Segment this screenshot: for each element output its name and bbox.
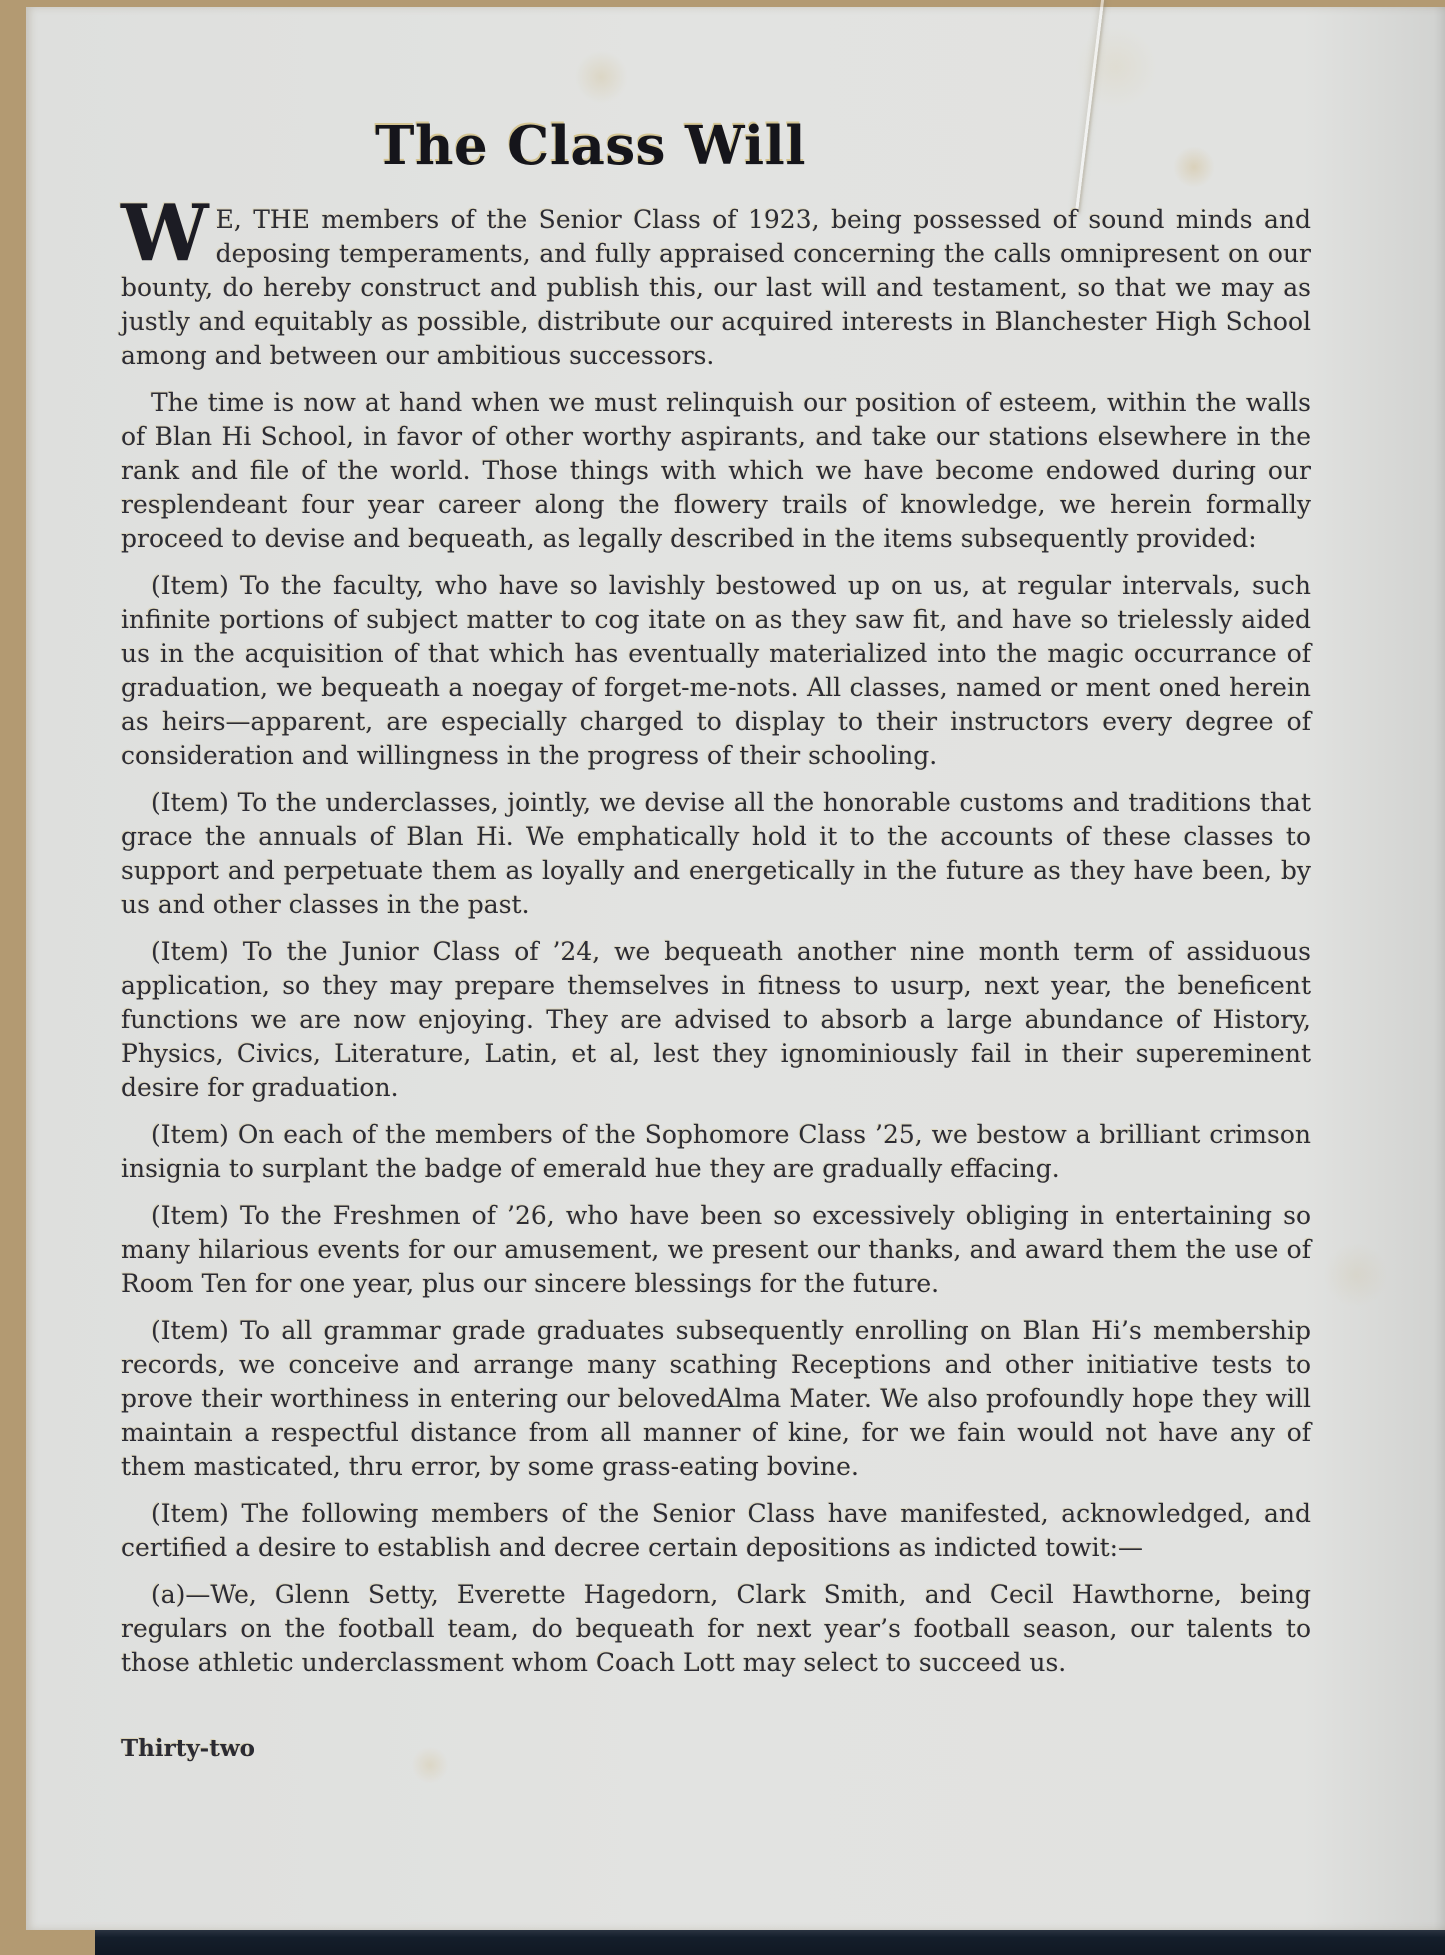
yearbook-page: The Class Will WE, THE members of the Se… <box>26 7 1445 1930</box>
paragraph-item-freshmen: (Item) To the Freshmen of ’26, who have … <box>121 1199 1311 1301</box>
opening-text: E, THE members of the Senior Class of 19… <box>121 205 1311 370</box>
paragraph-football-bequest: (a)—We, Glenn Setty, Everette Hagedorn, … <box>121 1578 1311 1680</box>
paragraph-item-junior-class: (Item) To the Junior Class of ’24, we be… <box>121 935 1311 1105</box>
paragraph-item-grammar-grades: (Item) To all grammar grade graduates su… <box>121 1314 1311 1484</box>
scanned-page: The Class Will WE, THE members of the Se… <box>0 0 1445 1955</box>
opening-paragraph: WE, THE members of the Senior Class of 1… <box>121 203 1311 373</box>
paragraph-time-at-hand: The time is now at hand when we must rel… <box>121 386 1311 556</box>
paper-crease <box>1075 0 1104 213</box>
page-number: Thirty-two <box>121 1735 255 1762</box>
document-body: WE, THE members of the Senior Class of 1… <box>121 203 1311 1693</box>
drop-cap: W <box>121 203 216 267</box>
book-edge-bar <box>95 1930 1445 1955</box>
paragraph-item-underclasses: (Item) To the underclasses, jointly, we … <box>121 786 1311 922</box>
paragraph-item-sophomore-class: (Item) On each of the members of the Sop… <box>121 1118 1311 1186</box>
paragraph-item-faculty: (Item) To the faculty, who have so lavis… <box>121 569 1311 773</box>
paragraph-item-senior-members: (Item) The following members of the Seni… <box>121 1497 1311 1565</box>
page-title: The Class Will <box>0 115 1300 177</box>
